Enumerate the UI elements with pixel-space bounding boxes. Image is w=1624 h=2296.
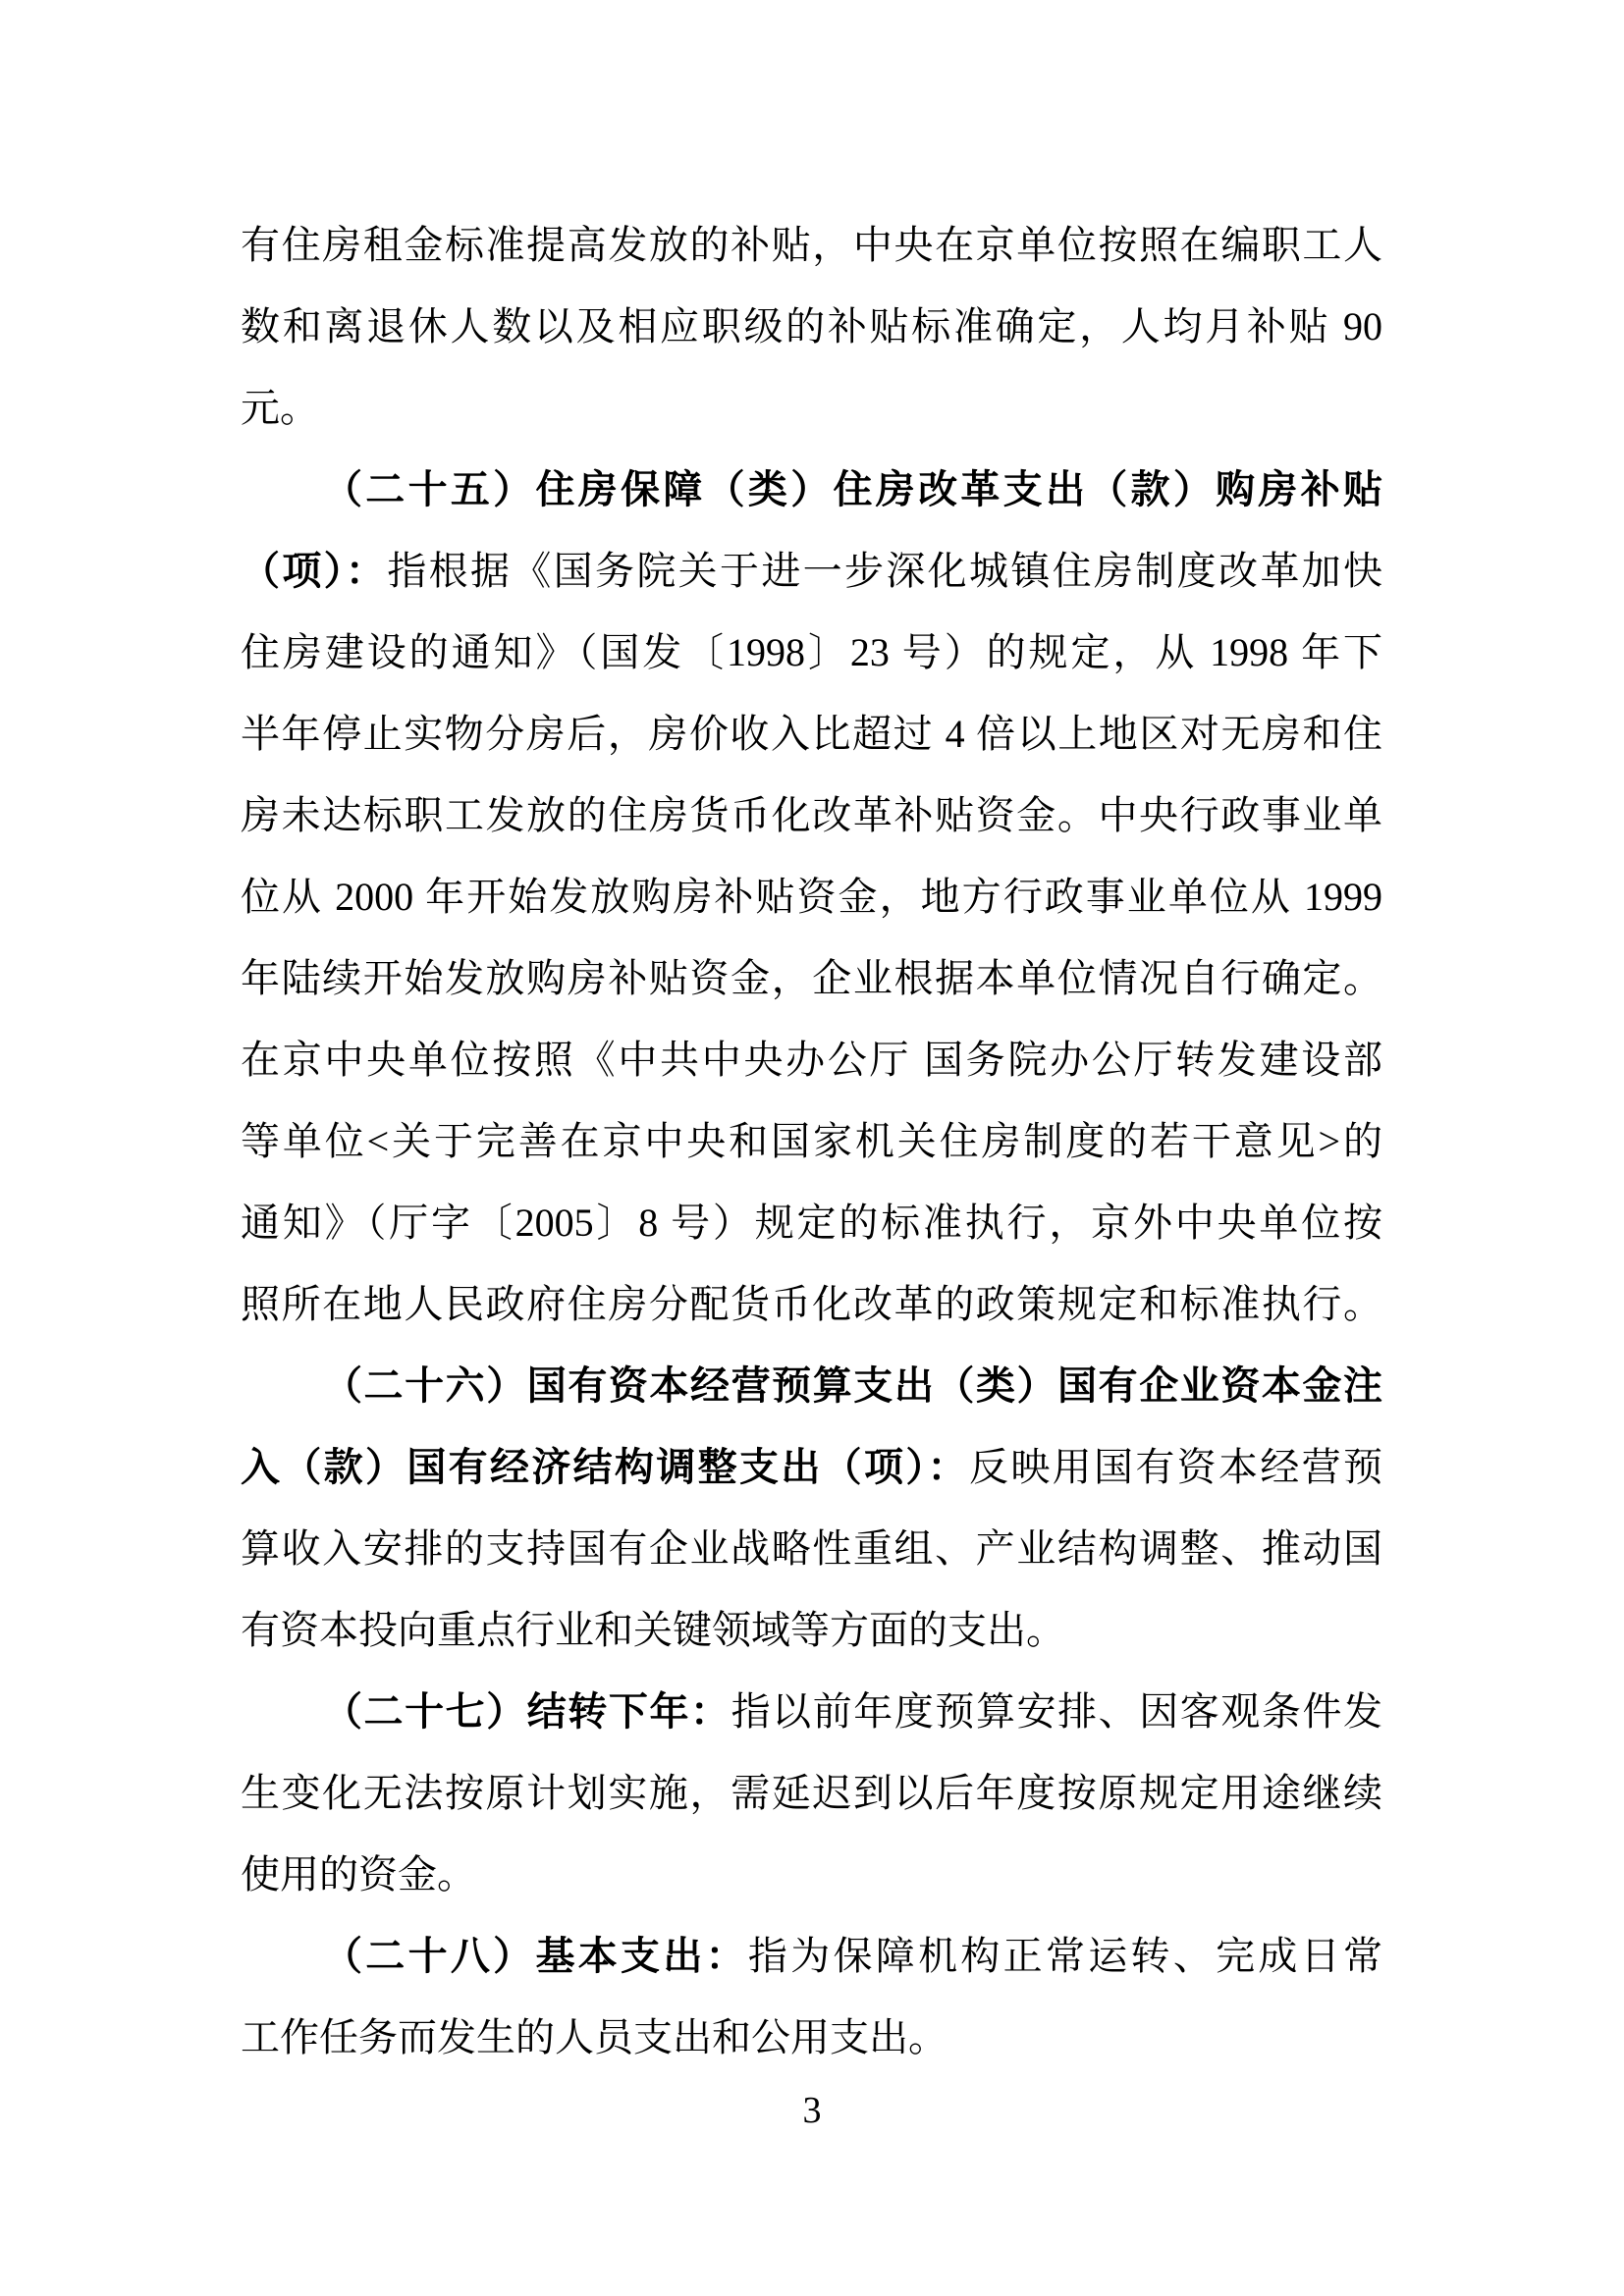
- text-line: （二十八）基本支出：指为保障机构正常运转、完成日常: [241, 1915, 1382, 1997]
- text-line: 生变化无法按原计划实施，需延迟到以后年度按原规定用途继续: [241, 1752, 1382, 1834]
- paragraph: （二十七）结转下年：指以前年度预算安排、因客观条件发生变化无法按原计划实施，需延…: [241, 1671, 1382, 1915]
- body-text-segment: 位从 2000 年开始发放购房补贴资金，地方行政事业单位从 1999: [241, 875, 1382, 919]
- paragraph: （二十六）国有资本经营预算支出（类）国有企业资本金注入（款）国有经济结构调整支出…: [241, 1345, 1382, 1671]
- document-page: 有住房租金标准提高发放的补贴，中央在京单位按照在编职工人数和离退休人数以及相应职…: [0, 0, 1624, 2296]
- body-text-segment: 房未达标职工发放的住房货币化改革补贴资金。中央行政事业单: [241, 793, 1382, 837]
- heading-text-segment: （项）：: [241, 549, 387, 593]
- body-text-segment: 等单位<关于完善在京中央和国家机关住房制度的若干意见>的: [241, 1119, 1382, 1163]
- body-text-segment: 有资本投向重点行业和关键领域等方面的支出。: [241, 1608, 1065, 1652]
- paragraph: （二十五）住房保障（类）住房改革支出（款）购房补贴（项）：指根据《国务院关于进一…: [241, 449, 1382, 1345]
- text-line: 数和离退休人数以及相应职级的补贴标准确定，人均月补贴 90: [241, 286, 1382, 367]
- body-text-segment: 通知》（厅字〔2005〕8 号）规定的标准执行，京外中央单位按: [241, 1201, 1382, 1245]
- page-number: 3: [0, 2085, 1624, 2136]
- text-line: 元。: [241, 367, 1382, 449]
- text-line: （二十六）国有资本经营预算支出（类）国有企业资本金注: [241, 1345, 1382, 1426]
- heading-text-segment: 入（款）国有经济结构调整支出（项）：: [241, 1445, 969, 1489]
- body-text-segment: 工作任务而发生的人员支出和公用支出。: [241, 2015, 947, 2059]
- body-text-segment: 反映用国有资本经营预: [969, 1445, 1382, 1489]
- body-text-segment: 年陆续开始发放购房补贴资金，企业根据本单位情况自行确定。: [241, 956, 1382, 1000]
- text-line: 有住房租金标准提高发放的补贴，中央在京单位按照在编职工人: [241, 204, 1382, 286]
- paragraph: 有住房租金标准提高发放的补贴，中央在京单位按照在编职工人数和离退休人数以及相应职…: [241, 204, 1382, 449]
- body-text-segment: 有住房租金标准提高发放的补贴，中央在京单位按照在编职工人: [241, 223, 1382, 267]
- body-text-segment: 住房建设的通知》（国发〔1998〕23 号）的规定，从 1998 年下: [241, 630, 1382, 674]
- text-line: （项）：指根据《国务院关于进一步深化城镇住房制度改革加快: [241, 530, 1382, 612]
- text-line: （二十七）结转下年：指以前年度预算安排、因客观条件发: [241, 1671, 1382, 1752]
- body-text-segment: 指根据《国务院关于进一步深化城镇住房制度改革加快: [387, 549, 1382, 593]
- text-line: 房未达标职工发放的住房货币化改革补贴资金。中央行政事业单: [241, 774, 1382, 856]
- text-line: 在京中央单位按照《中共中央办公厅 国务院办公厅转发建设部: [241, 1019, 1382, 1100]
- text-line: 等单位<关于完善在京中央和国家机关住房制度的若干意见>的: [241, 1100, 1382, 1182]
- text-line: 入（款）国有经济结构调整支出（项）：反映用国有资本经营预: [241, 1426, 1382, 1508]
- text-line: 工作任务而发生的人员支出和公用支出。: [241, 1997, 1382, 2078]
- heading-text-segment: （二十七）结转下年：: [323, 1689, 731, 1734]
- document-body: 有住房租金标准提高发放的补贴，中央在京单位按照在编职工人数和离退休人数以及相应职…: [241, 204, 1382, 2078]
- heading-text-segment: （二十八）基本支出：: [323, 1934, 748, 1978]
- text-line: 使用的资金。: [241, 1834, 1382, 1915]
- body-text-segment: 元。: [241, 386, 319, 430]
- text-line: 位从 2000 年开始发放购房补贴资金，地方行政事业单位从 1999: [241, 856, 1382, 937]
- heading-text-segment: （二十五）住房保障（类）住房改革支出（款）购房补贴: [323, 467, 1382, 511]
- paragraph: （二十八）基本支出：指为保障机构正常运转、完成日常工作任务而发生的人员支出和公用…: [241, 1915, 1382, 2078]
- body-text-segment: 算收入安排的支持国有企业战略性重组、产业结构调整、推动国: [241, 1526, 1382, 1571]
- body-text-segment: 照所在地人民政府住房分配货币化改革的政策规定和标准执行。: [241, 1282, 1382, 1326]
- body-text-segment: 指以前年度预算安排、因客观条件发: [731, 1689, 1382, 1734]
- text-line: 半年停止实物分房后，房价收入比超过 4 倍以上地区对无房和住: [241, 693, 1382, 774]
- heading-text-segment: （二十六）国有资本经营预算支出（类）国有企业资本金注: [323, 1363, 1382, 1408]
- text-line: 年陆续开始发放购房补贴资金，企业根据本单位情况自行确定。: [241, 937, 1382, 1019]
- body-text-segment: 生变化无法按原计划实施，需延迟到以后年度按原规定用途继续: [241, 1771, 1382, 1815]
- text-line: 有资本投向重点行业和关键领域等方面的支出。: [241, 1589, 1382, 1671]
- text-line: （二十五）住房保障（类）住房改革支出（款）购房补贴: [241, 449, 1382, 530]
- body-text-segment: 使用的资金。: [241, 1852, 476, 1896]
- text-line: 照所在地人民政府住房分配货币化改革的政策规定和标准执行。: [241, 1263, 1382, 1345]
- body-text-segment: 在京中央单位按照《中共中央办公厅 国务院办公厅转发建设部: [241, 1038, 1382, 1082]
- body-text-segment: 数和离退休人数以及相应职级的补贴标准确定，人均月补贴 90: [241, 304, 1382, 348]
- body-text-segment: 半年停止实物分房后，房价收入比超过 4 倍以上地区对无房和住: [241, 712, 1382, 756]
- text-line: 通知》（厅字〔2005〕8 号）规定的标准执行，京外中央单位按: [241, 1182, 1382, 1263]
- body-text-segment: 指为保障机构正常运转、完成日常: [748, 1934, 1382, 1978]
- text-line: 住房建设的通知》（国发〔1998〕23 号）的规定，从 1998 年下: [241, 612, 1382, 693]
- text-line: 算收入安排的支持国有企业战略性重组、产业结构调整、推动国: [241, 1508, 1382, 1589]
